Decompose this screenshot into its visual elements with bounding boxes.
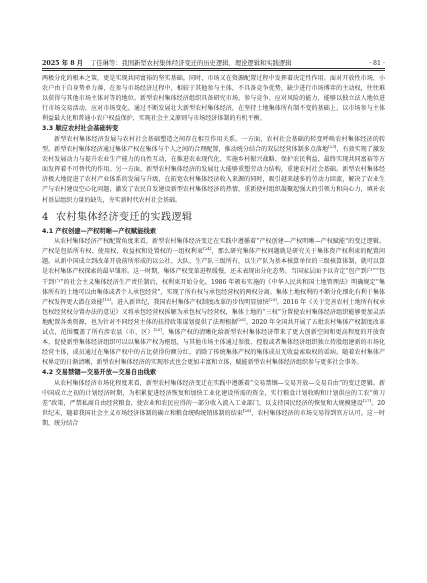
header-rule-thick (42, 68, 385, 69)
paragraph: 新型农村集体经济发展与农村社会基础塑造之间存在相互作用关系。一方面，农村社会基础… (42, 135, 385, 206)
running-title: 丁佳琳等：我国新型农村集体经济变迁的历史逻辑、理论逻辑和实践逻辑 (90, 58, 367, 67)
paragraph: 从农村集体经济产权配置角度来看，新型农村集体经济变迁在实践中遵循着“产权创建—产… (42, 237, 385, 368)
citation: [28] (243, 408, 251, 413)
section-heading-4: 4农村集体经济变迁的实践逻辑 (42, 211, 385, 224)
citation: [27] (363, 398, 371, 403)
running-header: 2025 年 8 月 丁佳琳等：我国新型农村集体经济变迁的历史逻辑、理论逻辑和实… (42, 58, 385, 67)
paragraph: 从农村集体经济市场化程度来看，新型农村集体经济变迁在实践中遵循着“交易禁锢—交易… (42, 379, 385, 429)
page-number: · 81 · (367, 60, 385, 67)
citation: [19] (103, 297, 111, 302)
citation: [26] (237, 317, 245, 322)
paper-page: 2025 年 8 月 丁佳琳等：我国新型农村集体经济变迁的历史逻辑、理论逻辑和实… (42, 58, 385, 429)
section-heading-3-3: 3.3 顺应农村社会基础转变 (42, 124, 385, 135)
issue-date: 2025 年 8 月 (42, 58, 90, 67)
citation: [25] (154, 327, 162, 332)
citation: [25] (269, 297, 277, 302)
section-heading-4-2: 4.2 交易禁锢—交易开放—交易自由线索 (42, 368, 385, 379)
section-heading-4-1: 4.1 产权创建—产权明晰—产权赋能线索 (42, 227, 385, 238)
paragraph: 两极分化的根本之策，更是实现共同富裕的坚实基础。同时，市场又在资源配置过程中发挥… (42, 74, 385, 124)
header-rule-thin (42, 70, 385, 71)
